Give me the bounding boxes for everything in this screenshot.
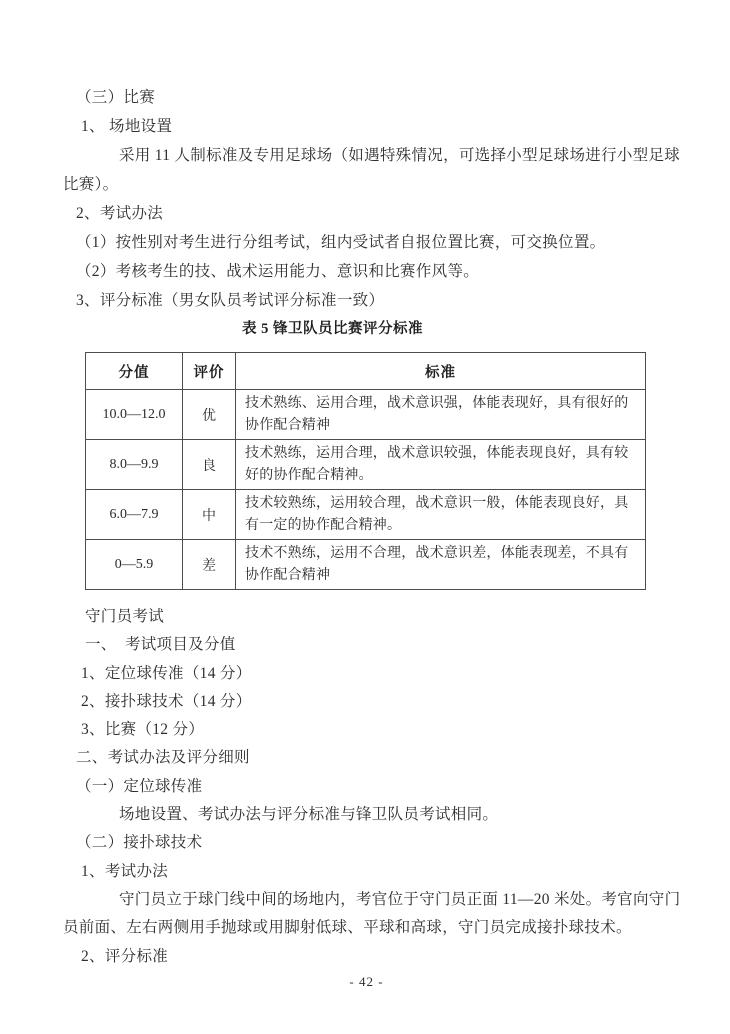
text-line: 员前面、左右两侧用手抛球或用脚射低球、平球和高球，守门员完成接扑球技术。 xyxy=(63,914,670,942)
table-row: 0—5.9 差 技术不熟练，运用不合理，战术意识差，体能表现差，不具有协作配合精… xyxy=(86,540,646,590)
standard-cell: 技术较熟练，运用较合理，战术意识一般，体能表现良好，具有一定的协作配合精神。 xyxy=(236,490,646,540)
text-line: 比赛）。 xyxy=(63,170,670,199)
table-5-scoring-table: 分值 评价 标准 10.0—12.0 优 技术熟练、运用合理，战术意识强，体能表… xyxy=(85,352,646,590)
rating-cell: 中 xyxy=(183,490,236,540)
rating-cell: 优 xyxy=(183,390,236,440)
text-line: 一、 考试项目及分值 xyxy=(63,631,670,659)
header-standard: 标准 xyxy=(236,353,646,390)
text-line: 2、考试办法 xyxy=(63,199,670,228)
table-row: 6.0—7.9 中 技术较熟练，运用较合理，战术意识一般，体能表现良好，具有一定… xyxy=(86,490,646,540)
page-number: - 42 - xyxy=(63,972,670,992)
rating-cell: 差 xyxy=(183,540,236,590)
header-score: 分值 xyxy=(86,353,183,390)
text-line: （三）比赛 xyxy=(63,83,670,112)
text-line: 场地设置、考试办法与评分标准与锋卫队员考试相同。 xyxy=(63,801,670,829)
table-5-title: 表 5 锋卫队员比赛评分标准 xyxy=(63,317,602,341)
text-line: 守门员立于球门线中间的场地内，考官位于守门员正面 11—20 米处。考官向守门 xyxy=(63,886,670,914)
text-line: 3、比赛（12 分） xyxy=(63,716,670,744)
score-cell: 0—5.9 xyxy=(86,540,183,590)
table-row: 10.0—12.0 优 技术熟练、运用合理，战术意识强，体能表现好，具有很好的协… xyxy=(86,390,646,440)
rating-cell: 良 xyxy=(183,440,236,490)
text-line: （2）考核考生的技、战术运用能力、意识和比赛作风等。 xyxy=(63,257,670,286)
text-line: 守门员考试 xyxy=(63,603,670,631)
text-line: 1、 场地设置 xyxy=(63,112,670,141)
text-line: 3、评分标准（男女队员考试评分标准一致） xyxy=(63,286,670,315)
score-cell: 8.0—9.9 xyxy=(86,440,183,490)
text-line: 二、考试办法及评分细则 xyxy=(63,744,670,772)
header-rating: 评价 xyxy=(183,353,236,390)
score-cell: 10.0—12.0 xyxy=(86,390,183,440)
table-header-row: 分值 评价 标准 xyxy=(86,353,646,390)
text-line: （一）定位球传准 xyxy=(63,773,670,801)
score-cell: 6.0—7.9 xyxy=(86,490,183,540)
text-line: 2、接扑球技术（14 分） xyxy=(63,688,670,716)
text-line: 1、定位球传准（14 分） xyxy=(63,660,670,688)
text-line: 1、考试办法 xyxy=(63,858,670,886)
text-line: （1）按性别对考生进行分组考试，组内受试者自报位置比赛，可交换位置。 xyxy=(63,228,670,257)
table-row: 8.0—9.9 良 技术熟练，运用合理，战术意识较强，体能表现良好，具有较好的协… xyxy=(86,440,646,490)
section-competition: （三）比赛 1、 场地设置 采用 11 人制标准及专用足球场（如遇特殊情况，可选… xyxy=(63,83,670,315)
document-page: （三）比赛 1、 场地设置 采用 11 人制标准及专用足球场（如遇特殊情况，可选… xyxy=(0,0,730,1034)
section-goalkeeper-exam: 守门员考试 一、 考试项目及分值 1、定位球传准（14 分） 2、接扑球技术（1… xyxy=(63,603,670,971)
standard-cell: 技术熟练，运用合理，战术意识较强，体能表现良好，具有较好的协作配合精神。 xyxy=(236,440,646,490)
text-line: 2、评分标准 xyxy=(63,943,670,971)
standard-cell: 技术不熟练，运用不合理，战术意识差，体能表现差，不具有协作配合精神 xyxy=(236,540,646,590)
standard-cell: 技术熟练、运用合理，战术意识强，体能表现好，具有很好的协作配合精神 xyxy=(236,390,646,440)
text-line: 采用 11 人制标准及专用足球场（如遇特殊情况，可选择小型足球场进行小型足球 xyxy=(63,141,670,170)
text-line: （二）接扑球技术 xyxy=(63,829,670,857)
